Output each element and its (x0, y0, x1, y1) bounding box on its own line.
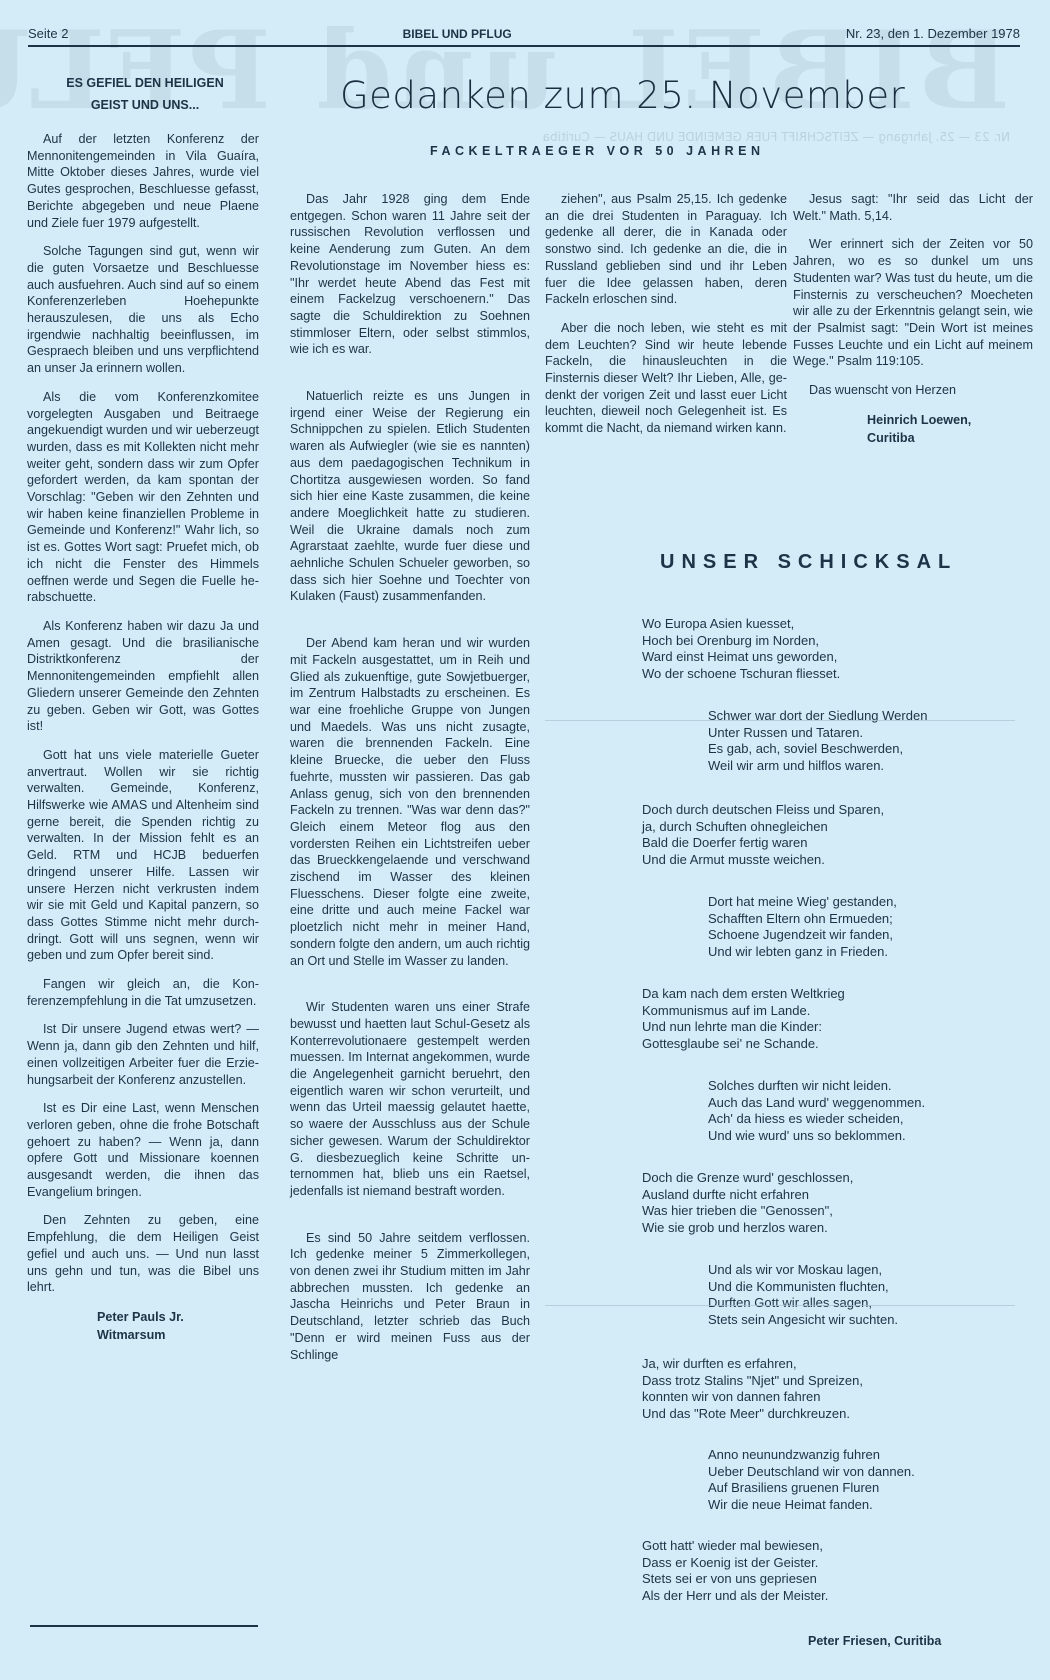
main-article-col-2: ziehen", aus Psalm 25,15. Ich gedenke an… (545, 191, 787, 449)
paragraph: Das Jahr 1928 ging dem Ende entgegen. Sc… (290, 191, 530, 358)
poem-line: Wir die neue Heimat fanden. (708, 1497, 915, 1514)
heading-line: ES GEFIEL DEN HEILIGEN (40, 72, 250, 94)
paragraph: Jesus sagt: "Ihr seid das Licht der Welt… (793, 191, 1033, 224)
main-article-col-3: Jesus sagt: "Ihr seid das Licht der Welt… (793, 191, 1033, 447)
paragraph: Wir Studenten waren uns ei­ner Strafe be… (290, 999, 530, 1199)
poem-line: Wo Europa Asien kuesset, (642, 616, 840, 633)
poem-line: Stets sei er von uns gepriesen (642, 1571, 828, 1588)
paragraph: Ist Dir unsere Jugend etwas wert? — Wenn… (27, 1021, 259, 1088)
author-place: Curitiba (867, 429, 1033, 447)
paragraph: Gott hat uns viele materielle Gueter anv… (27, 747, 259, 964)
poem-line: Doch durch deutschen Fleiss und Sparen, (642, 802, 884, 819)
paragraph: Solche Tagungen sind gut, wenn wir die g… (27, 243, 259, 377)
poem-line: Und wir lebten ganz in Frieden. (708, 944, 897, 961)
poem-line: Stets sein Angesicht wir suchten. (708, 1312, 898, 1329)
poem-line: Doch die Grenze wurd' geschlossen, (642, 1170, 853, 1187)
poem-line: Dass er Koenig ist der Geister. (642, 1555, 828, 1572)
poem-line: Schwer war dort der Siedlung Werden (708, 708, 927, 725)
paragraph: Das wuenscht von Herzen (793, 382, 1033, 399)
poem-author: Peter Friesen, Curitiba (808, 1634, 941, 1648)
poem-title: UNSER SCHICKSAL (660, 551, 957, 574)
poem-line: Und das "Rote Meer" durchkreuzen. (642, 1406, 863, 1423)
poem-line: Auf Brasiliens gruenen Fluren (708, 1480, 915, 1497)
left-article-body: Auf der letzten Konferenz der Mennoniten… (27, 131, 259, 1344)
poem-stanza: Gott hatt' wieder mal bewiesen,Dass er K… (642, 1538, 828, 1605)
paragraph: Aber die noch leben, wie steht es mit de… (545, 320, 787, 437)
poem-line: Ja, wir durften es erfahren, (642, 1356, 863, 1373)
poem-stanza: Und als wir vor Moskau lagen,Und die Kom… (708, 1262, 898, 1329)
poem-line: Durften Gott wir alles sagen, (708, 1295, 898, 1312)
poem-line: Auch das Land wurd' weggenommen. (708, 1095, 925, 1112)
author-place: Witmarsum (97, 1326, 259, 1344)
poem-line: Schoene Jugendzeit wir fanden, (708, 927, 897, 944)
poem-line: Schafften Eltern ohn Ermueden; (708, 911, 897, 928)
poem-stanza: Ja, wir durften es erfahren,Dass trotz S… (642, 1356, 863, 1423)
show-through-rule (545, 720, 1015, 721)
left-article-heading: ES GEFIEL DEN HEILIGEN GEIST UND UNS... (40, 72, 250, 116)
poem-line: Ach' da hiess es wieder scheiden, (708, 1111, 925, 1128)
show-through-subline: Nr. 23 — 25. Jahrgang — ZEITSCHRIFT FUER… (360, 130, 1010, 144)
poem-line: Da kam nach dem ersten Weltkrieg (642, 986, 845, 1003)
paragraph: Es sind 50 Jahre seitdem ver­flossen. Ic… (290, 1230, 530, 1364)
paragraph: Als die vom Konferenzkomitee vorgelegten… (27, 389, 259, 606)
poem-line: Hoch bei Orenburg im Norden, (642, 633, 840, 650)
poem-line: Und die Kommunisten fluchten, (708, 1279, 898, 1296)
poem-line: Kommunismus auf im Lande. (642, 1003, 845, 1020)
poem-line: konnten wir von dannen fahren (642, 1389, 863, 1406)
paragraph: Den Zehnten zu geben, eine Empfehlung, d… (27, 1212, 259, 1296)
paragraph: Als Konferenz haben wir dazu Ja und Amen… (27, 618, 259, 735)
divider (30, 1625, 258, 1627)
poem-line: Und nun lehrte man die Kinder: (642, 1019, 845, 1036)
author-signature: Peter Pauls Jr.Witmarsum (97, 1308, 259, 1344)
heading-line: GEIST UND UNS... (40, 94, 250, 116)
newspaper-page: BIBEL und PFLUG Nr. 23 — 25. Jahrgang — … (0, 0, 1050, 1680)
show-through-rule (545, 1305, 1015, 1306)
poem-stanza: Dort hat meine Wieg' gestanden,Schafften… (708, 894, 897, 961)
page-title: Gedanken zum 25. November (340, 74, 980, 117)
paragraph: Fangen wir gleich an, die Kon­ferenzempf… (27, 976, 259, 1009)
poem-line: Es gab, ach, soviel Beschwerden, (708, 741, 927, 758)
poem-line: Gottesglaube sei' ne Schande. (642, 1036, 845, 1053)
poem-stanza: Da kam nach dem ersten WeltkriegKommunis… (642, 986, 845, 1053)
poem-line: ja, durch Schuften ohnegleichen (642, 819, 884, 836)
issue-date: Nr. 23, den 1. Dezember 1978 (846, 26, 1020, 41)
poem-line: Und die Armut musste weichen. (642, 852, 884, 869)
poem-line: Anno neunundzwanzig fuhren (708, 1447, 915, 1464)
poem-stanza: Anno neunundzwanzig fuhrenUeber Deutschl… (708, 1447, 915, 1514)
poem-stanza: Wo Europa Asien kuesset,Hoch bei Orenbur… (642, 616, 840, 683)
poem-line: Und als wir vor Moskau lagen, (708, 1262, 898, 1279)
article-subtitle: FACKELTRAEGER VOR 50 JAHREN (430, 144, 765, 158)
poem-line: Ward einst Heimat uns geworden, (642, 649, 840, 666)
poem-stanza: Doch durch deutschen Fleiss und Sparen,j… (642, 802, 884, 869)
poem-line: Unter Russen und Tataren. (708, 725, 927, 742)
paragraph: Natuerlich reizte es uns Jun­gen in irge… (290, 388, 530, 605)
author-signature: Heinrich Loewen,Curitiba (867, 411, 1033, 447)
poem-line: Solches durften wir nicht leiden. (708, 1078, 925, 1095)
poem-line: Wo der schoene Tschuran fliesset. (642, 666, 840, 683)
poem-line: Dort hat meine Wieg' gestanden, (708, 894, 897, 911)
paragraph: Auf der letzten Konferenz der Mennoniten… (27, 131, 259, 231)
poem-line: Und wie wurd' uns so beklommen. (708, 1128, 925, 1145)
poem-stanza: Doch die Grenze wurd' geschlossen,Auslan… (642, 1170, 853, 1237)
poem-line: Dass trotz Stalins "Njet" und Spreizen, (642, 1373, 863, 1390)
poem-stanza: Solches durften wir nicht leiden.Auch da… (708, 1078, 925, 1145)
paragraph: Der Abend kam heran und wir wurden mit F… (290, 635, 530, 969)
author-name: Peter Pauls Jr. (97, 1308, 259, 1326)
paragraph: Wer erinnert sich der Zeiten vor 50 Jahr… (793, 236, 1033, 370)
author-name: Heinrich Loewen, (867, 411, 1033, 429)
running-head: Seite 2 BIBEL UND PFLUG Nr. 23, den 1. D… (28, 26, 1020, 47)
poem-line: Gott hatt' wieder mal bewiesen, (642, 1538, 828, 1555)
poem-stanza: Schwer war dort der Siedlung WerdenUnter… (708, 708, 927, 775)
poem-line: Bald die Doerfer fertig waren (642, 835, 884, 852)
poem-line: Wie sie grob und herzlos waren. (642, 1220, 853, 1237)
page-number: Seite 2 (28, 26, 68, 41)
paragraph: ziehen", aus Psalm 25,15. Ich gedenke an… (545, 191, 787, 308)
poem-line: Als der Herr und als der Meister. (642, 1588, 828, 1605)
poem-line: Ueber Deutschland wir von dannen. (708, 1464, 915, 1481)
masthead: BIBEL UND PFLUG (403, 27, 512, 41)
poem-line: Was hier trieben die "Genossen", (642, 1203, 853, 1220)
paragraph: Ist es Dir eine Last, wenn Men­schen ver… (27, 1100, 259, 1200)
poem-line: Ausland durfte nicht erfahren (642, 1187, 853, 1204)
main-article-col-1: Das Jahr 1928 ging dem Ende entgegen. Sc… (290, 191, 530, 1380)
poem-line: Weil wir arm und hilflos waren. (708, 758, 927, 775)
